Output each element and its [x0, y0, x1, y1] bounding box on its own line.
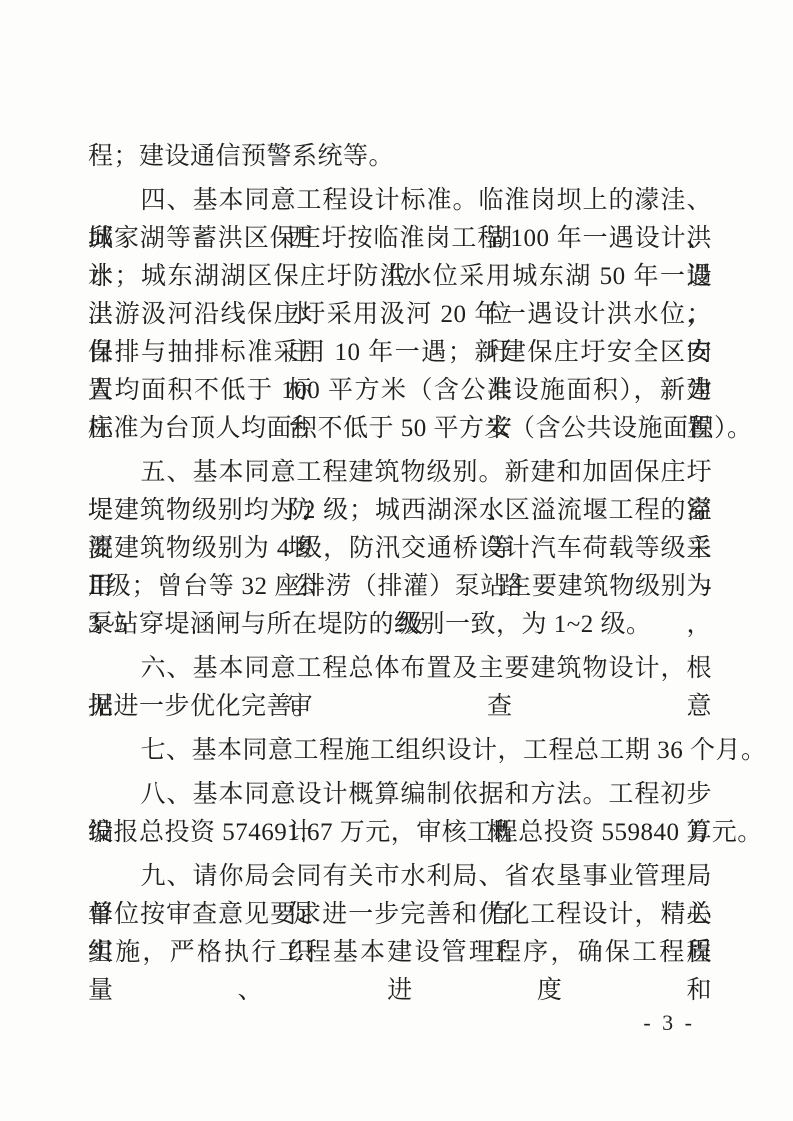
text-line: 单位按审查意见要求进一步完善和优化工程设计，精心组织工程 — [88, 896, 712, 934]
text-line: 四、基本同意工程设计标准。临淮岗坝上的濛洼、城西湖、 — [88, 182, 712, 220]
text-line: 要建筑物级别为 4 级，防汛交通桥设计汽车荷载等级采用公路- — [88, 530, 712, 568]
text-line: 程；建设通信预警系统等。 — [88, 138, 712, 176]
text-line: 邱家湖等蓄洪区保庄圩按临淮岗工程 100 年一遇设计洪水位设 — [88, 220, 712, 258]
text-line: 七、基本同意工程施工组织设计，工程总工期 36 个月。 — [88, 732, 712, 770]
text-line: Ⅱ级；曾台等 32 座排涝（排灌）泵站主要建筑物级别为 3~5 级， — [88, 568, 712, 606]
text-line: 计；城东湖湖区保庄圩防洪水位采用城东湖 50 年一遇洪水位， — [88, 258, 712, 296]
text-line: 六、基本同意工程总体布置及主要建筑物设计，根据审查意 — [88, 650, 712, 688]
text-line: 五、基本同意工程建筑物级别。新建和加固保庄圩堤防、穿 — [88, 454, 712, 492]
body-text: 程；建设通信预警系统等。四、基本同意工程设计标准。临淮岗坝上的濛洼、城西湖、邱家… — [88, 138, 712, 972]
text-line: 九、请你局会同有关市水利局、省农垦事业管理局督促有关 — [88, 858, 712, 896]
text-line: 泵站穿堤涵闸与所在堤防的级别一致，为 1~2 级。 — [88, 606, 712, 644]
text-line: 标准为台顶人均面积不低于 50 平方米（含公共设施面积）。 — [88, 410, 712, 448]
text-line: 人均面积不低于 100 平方米（含公共设施面积），新建庄台安置 — [88, 372, 712, 410]
text-line: 上游汲河沿线保庄圩采用汲河 20 年一遇设计洪水位；保庄圩内 — [88, 296, 712, 334]
text-line: 编报总投资 574691.67 万元，审核工程总投资 559840 万元。 — [88, 814, 712, 852]
text-line: 自排与抽排标准采用 10 年一遇；新建保庄圩安全区安置标准为 — [88, 334, 712, 372]
text-line: 实施，严格执行工程基本建设管理程序，确保工程质量、进度和 — [88, 934, 712, 972]
document-page: 程；建设通信预警系统等。四、基本同意工程设计标准。临淮岗坝上的濛洼、城西湖、邱家… — [0, 0, 793, 1121]
page-number: - 3 - — [643, 1008, 695, 1038]
text-line: 八、基本同意设计概算编制依据和方法。工程初步设计概算 — [88, 776, 712, 814]
text-line: 堤建筑物级别均为 2 级；城西湖深水区溢流堰工程的溢流堰等主 — [88, 492, 712, 530]
